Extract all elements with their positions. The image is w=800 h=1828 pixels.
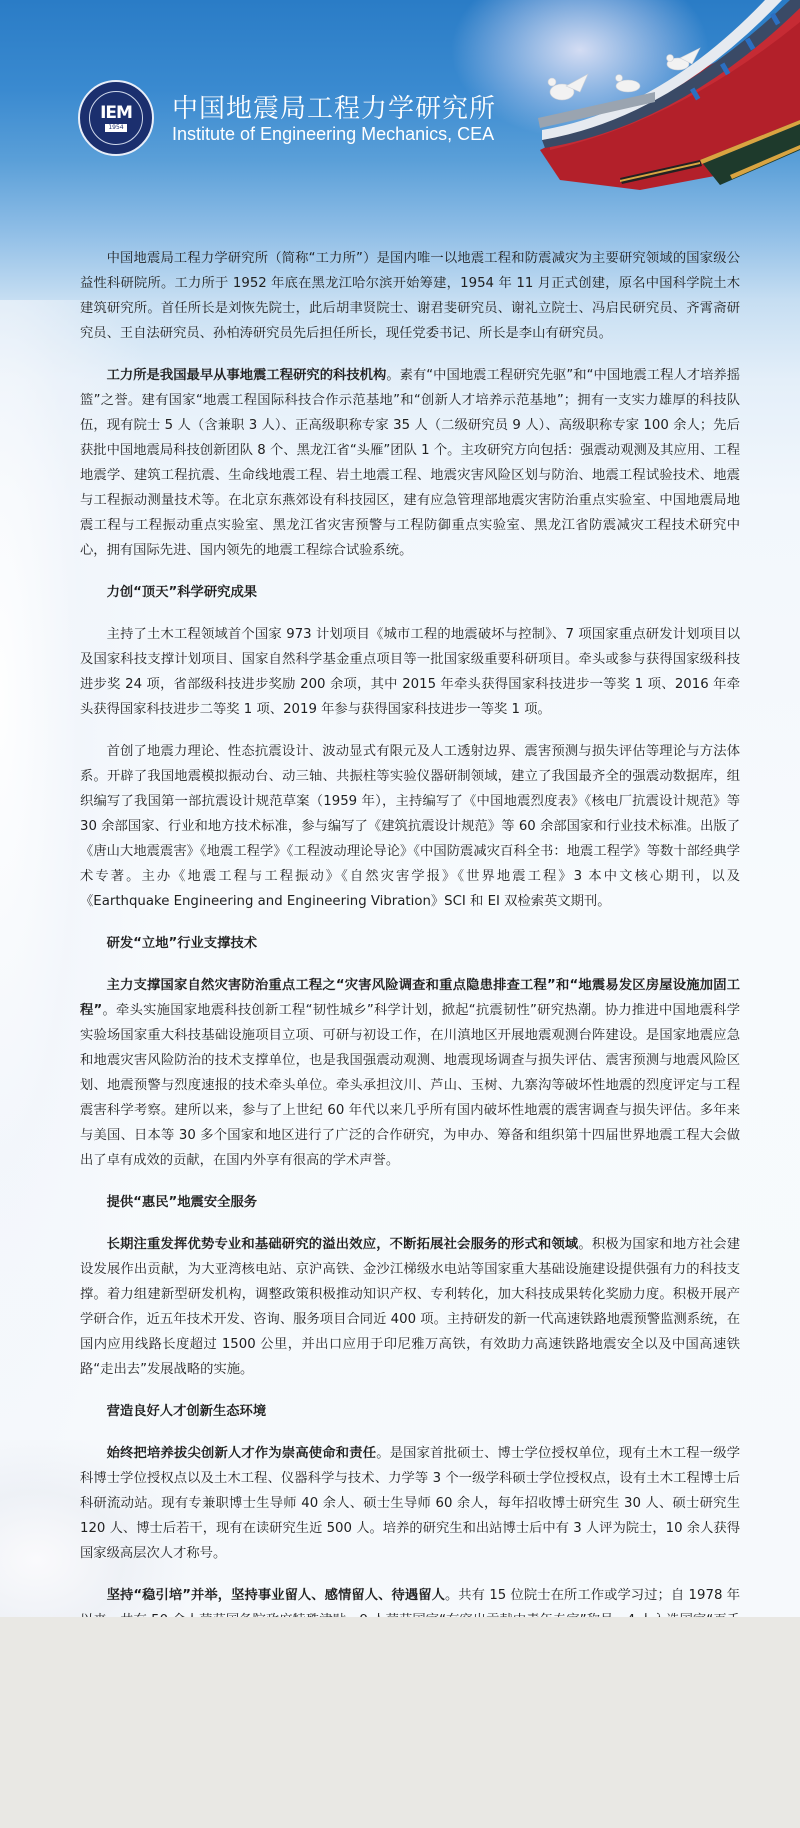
research-paragraph-1: 主持了土木工程领域首个国家 973 计划项目《城市工程的地震破坏与控制》、7 项… bbox=[80, 622, 740, 722]
article-body: 中国地震局工程力学研究所（简称“工力所”）是国内唯一以地震工程和防震减灾为主要研… bbox=[80, 246, 740, 1617]
logo-emblem: IEM 1954 bbox=[89, 91, 143, 145]
body-text: 。牵头实施国家地震科技创新工程“韧性城乡”科学计划，掀起“抗震韧性”研究热潮。协… bbox=[80, 1003, 740, 1168]
body-text: 。素有“中国地震工程研究先驱”和“中国地震工程人才培养摇篮”之誉。建有国家“地震… bbox=[80, 368, 740, 558]
logo-year: 1954 bbox=[105, 124, 126, 132]
service-paragraph-1: 长期注重发挥优势专业和基础研究的溢出效应，不断拓展社会服务的形式和领域。积极为国… bbox=[80, 1232, 740, 1382]
body-text: 主持了土木工程领域首个国家 973 计划项目《城市工程的地震破坏与控制》、7 项… bbox=[80, 627, 740, 717]
lead-text: 工力所是我国最早从事地震工程研究的科技机构 bbox=[107, 368, 387, 383]
lead-text: 始终把培养拔尖创新人才作为崇高使命和责任 bbox=[107, 1446, 377, 1461]
talent-paragraph-2: 坚持“稳引培”并举，坚持事业留人、感情留人、待遇留人。共有 15 位院士在所工作… bbox=[80, 1583, 740, 1617]
poster: IEM 1954 中国地震局工程力学研究所 Institute of Engin… bbox=[0, 0, 800, 1617]
body-text: 中国地震局工程力学研究所（简称“工力所”）是国内唯一以地震工程和防震减灾为主要研… bbox=[80, 251, 740, 341]
lead-text: 长期注重发挥优势专业和基础研究的溢出效应，不断拓展社会服务的形式和领域 bbox=[107, 1237, 579, 1252]
talent-paragraph-1: 始终把培养拔尖创新人才作为崇高使命和责任。是国家首批硕士、博士学位授权单位，现有… bbox=[80, 1441, 740, 1566]
research-paragraph-2: 首创了地震力理论、性态抗震设计、波动显式有限元及人工透射边界、震害预测与损失评估… bbox=[80, 739, 740, 914]
institute-title-cn: 中国地震局工程力学研究所 bbox=[172, 88, 496, 125]
body-text: 首创了地震力理论、性态抗震设计、波动显式有限元及人工透射边界、震害预测与损失评估… bbox=[80, 744, 740, 909]
intro-paragraph-1: 中国地震局工程力学研究所（简称“工力所”）是国内唯一以地震工程和防震减灾为主要研… bbox=[80, 246, 740, 346]
institute-title-en: Institute of Engineering Mechanics, CEA bbox=[172, 124, 494, 145]
temple-roof-illustration bbox=[520, 0, 800, 220]
logo-mark: IEM bbox=[100, 105, 132, 122]
iem-logo: IEM 1954 bbox=[78, 80, 154, 156]
industry-paragraph-1: 主力支撑国家自然灾害防治重点工程之“灾害风险调查和重点隐患排查工程”和“地震易发… bbox=[80, 973, 740, 1173]
lead-text: 坚持“稳引培”并举，坚持事业留人、感情留人、待遇留人 bbox=[107, 1588, 445, 1603]
intro-paragraph-2: 工力所是我国最早从事地震工程研究的科技机构。素有“中国地震工程研究先驱”和“中国… bbox=[80, 363, 740, 563]
body-text: 。是国家首批硕士、博士学位授权单位，现有土木工程一级学科博士学位授权点以及土木工… bbox=[80, 1446, 740, 1561]
section-heading-talent: 营造良好人才创新生态环境 bbox=[80, 1399, 740, 1424]
section-heading-service: 提供“惠民”地震安全服务 bbox=[80, 1190, 740, 1215]
body-text: 。积极为国家和地方社会建设发展作出贡献，为大亚湾核电站、京沪高铁、金沙江梯级水电… bbox=[80, 1237, 740, 1377]
section-heading-research: 力创“顶天”科学研究成果 bbox=[80, 580, 740, 605]
section-heading-industry: 研发“立地”行业支撑技术 bbox=[80, 931, 740, 956]
